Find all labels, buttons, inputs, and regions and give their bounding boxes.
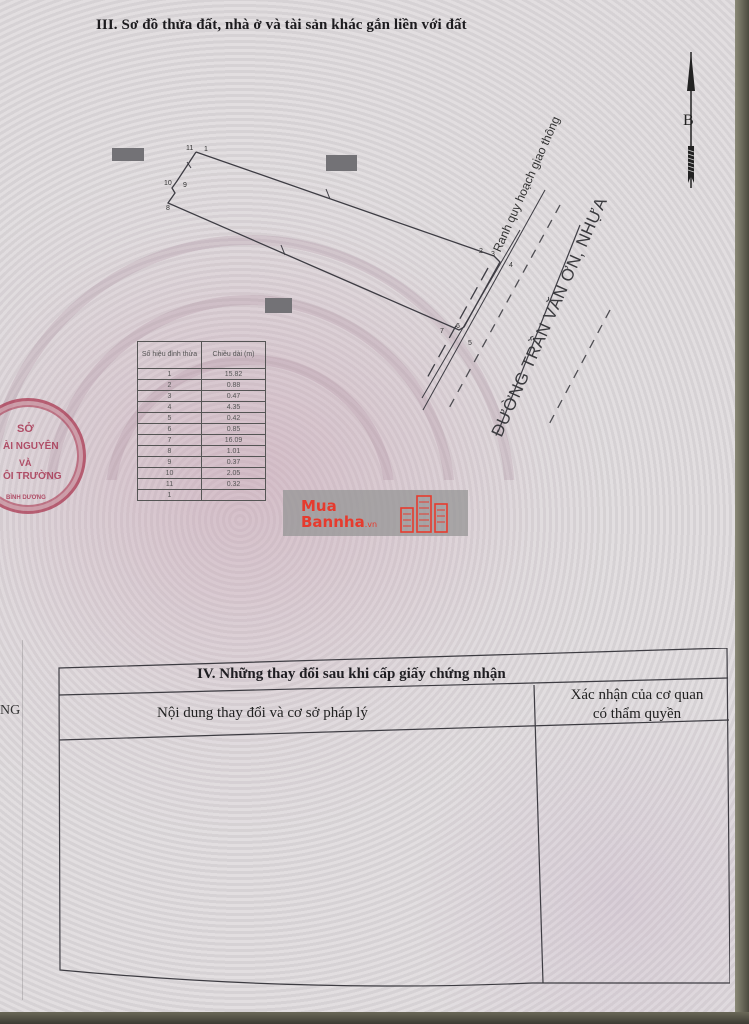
svg-text:9: 9	[183, 182, 187, 189]
table-row: 81.01	[138, 446, 266, 457]
svg-text:8: 8	[166, 205, 170, 212]
redacted-block	[112, 148, 144, 161]
vertex-number: 1	[138, 369, 202, 380]
vertex-number: 4	[138, 402, 202, 413]
background-edge	[0, 1012, 749, 1024]
edge-length: 15.82	[202, 369, 266, 380]
header-vertex: Số hiệu đỉnh thửa	[138, 342, 202, 369]
table-row: 50.42	[138, 413, 266, 424]
vertex-number: 10	[138, 468, 202, 479]
watermark-logo: Mua Bannha.vn	[283, 490, 468, 536]
edge-length: 0.47	[202, 391, 266, 402]
vertex-number: 1	[138, 490, 202, 501]
page-fold-line	[22, 640, 23, 1000]
redacted-block	[326, 155, 357, 171]
adjacent-page-fragment: NG	[0, 703, 20, 719]
edge-length: 0.32	[202, 479, 266, 490]
svg-text:3: 3	[491, 251, 495, 258]
vertex-number: 2	[138, 380, 202, 391]
seal-line: ÀI NGUYÊN	[3, 441, 59, 452]
edge-length: 16.09	[202, 435, 266, 446]
svg-text:6: 6	[456, 323, 460, 330]
svg-text:10: 10	[164, 180, 172, 187]
svg-text:5: 5	[468, 340, 472, 347]
watermark-line1: Mua	[301, 499, 337, 514]
edge-length: 0.42	[202, 413, 266, 424]
seal-line: VÀ	[19, 458, 32, 468]
watermark-brand: Bannha	[301, 513, 365, 531]
edge-length: 0.85	[202, 424, 266, 435]
section-iv-title: IV. Những thay đổi sau khi cấp giấy chứn…	[197, 666, 506, 683]
authority-header-line1: Xác nhận của cơ quan	[547, 686, 727, 705]
certificate-page: III. Sơ đồ thửa đất, nhà ở và tài sản kh…	[0, 0, 740, 1012]
vertex-number: 9	[138, 457, 202, 468]
svg-text:7: 7	[440, 328, 444, 335]
column-header-changes: Nội dung thay đổi và cơ sở pháp lý	[157, 705, 368, 722]
building-icon	[399, 492, 457, 534]
header-length: Chiều dài (m)	[202, 342, 266, 369]
table-row: 716.09	[138, 435, 266, 446]
seal-line: SỞ	[17, 423, 34, 435]
edge-length: 1.01	[202, 446, 266, 457]
table-row: 115.82	[138, 369, 266, 380]
parcel-lengths-table: Số hiệu đỉnh thửa Chiều dài (m) 115.8220…	[137, 341, 266, 501]
svg-text:2: 2	[479, 248, 483, 255]
table-row: 44.35	[138, 402, 266, 413]
changes-table: IV. Những thay đổi sau khi cấp giấy chứn…	[57, 648, 730, 993]
vertex-number: 7	[138, 435, 202, 446]
vertex-number: 8	[138, 446, 202, 457]
authority-header-line2: có thẩm quyền	[547, 705, 727, 724]
background-edge	[735, 0, 749, 1024]
svg-text:1: 1	[204, 146, 208, 153]
table-row: 30.47	[138, 391, 266, 402]
parcel-diagram: 11 1 10 9 8 2 3 4 7 6 5	[0, 0, 749, 480]
vertex-number: 6	[138, 424, 202, 435]
seal-line: ÔI TRƯỜNG	[3, 471, 62, 482]
vertex-number: 3	[138, 391, 202, 402]
edge-length: 2.05	[202, 468, 266, 479]
table-row: 20.88	[138, 380, 266, 391]
table-row: 60.85	[138, 424, 266, 435]
watermark-line2: Bannha.vn	[301, 515, 377, 532]
seal-rim-text: BÌNH DƯƠNG	[6, 495, 46, 501]
table-row: 102.05	[138, 468, 266, 479]
svg-text:11: 11	[186, 145, 193, 152]
edge-length: 0.37	[202, 457, 266, 468]
column-header-authority: Xác nhận của cơ quan có thẩm quyền	[547, 686, 727, 724]
watermark-suffix: .vn	[365, 520, 377, 529]
svg-text:4: 4	[509, 262, 513, 269]
table-row: 110.32	[138, 479, 266, 490]
edge-length: 4.35	[202, 402, 266, 413]
redacted-block	[265, 298, 292, 313]
table-row: 1	[138, 490, 266, 501]
vertex-number: 5	[138, 413, 202, 424]
edge-length	[202, 490, 266, 501]
edge-length: 0.88	[202, 380, 266, 391]
table-row: 90.37	[138, 457, 266, 468]
vertex-number: 11	[138, 479, 202, 490]
